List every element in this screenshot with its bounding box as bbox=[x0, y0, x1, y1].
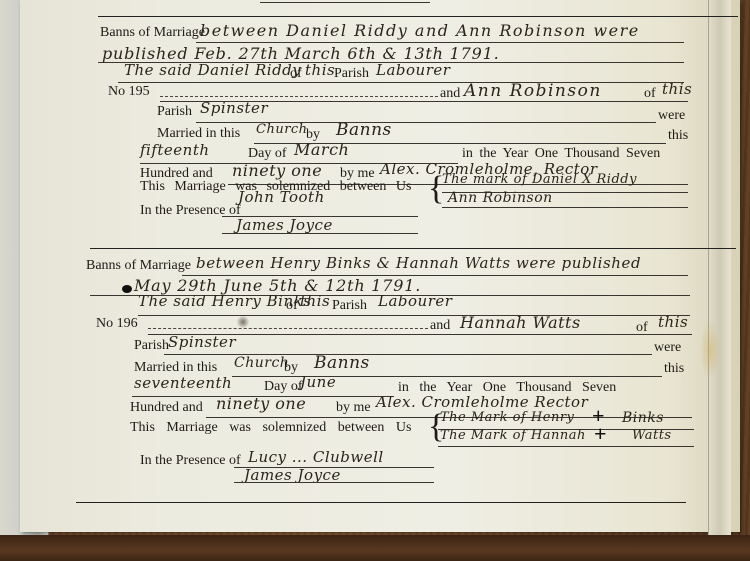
by-label: by bbox=[284, 360, 298, 376]
banns-text-line1: between Daniel Riddy and Ann Robinson we… bbox=[200, 21, 640, 40]
mark-cross-icon: + bbox=[594, 421, 607, 447]
witness-2-rule bbox=[222, 233, 418, 234]
entry-divider bbox=[90, 248, 736, 249]
groom-of: this bbox=[305, 61, 335, 79]
banns-label: Banns of Marriage bbox=[100, 25, 205, 41]
entry-number: No 195 bbox=[108, 84, 150, 100]
year-suffix: ninety one bbox=[232, 161, 322, 180]
method-rule bbox=[232, 376, 662, 377]
were-label: were bbox=[654, 340, 681, 356]
solemnized-label: This Marriage was solemnized between Us bbox=[130, 420, 411, 436]
table-edge-bottom bbox=[0, 535, 750, 561]
parish-label: Parish bbox=[332, 298, 367, 314]
year-suffix: ninety one bbox=[216, 394, 306, 413]
paper-stain bbox=[700, 320, 720, 380]
entry-dash bbox=[148, 328, 428, 329]
banns-underline bbox=[196, 42, 684, 43]
groom-occupation: Labourer bbox=[376, 61, 450, 79]
parish-label: Parish bbox=[334, 66, 369, 82]
signature-2-surname: Watts bbox=[632, 428, 672, 443]
groom-occupation: Labourer bbox=[378, 292, 452, 310]
entry-dash bbox=[160, 96, 438, 97]
witness-1: John Tooth bbox=[238, 188, 325, 206]
this-label: this bbox=[664, 361, 684, 377]
place: Church bbox=[234, 355, 289, 371]
day: fifteenth bbox=[140, 141, 210, 159]
month: June bbox=[300, 373, 336, 391]
method: Banns bbox=[336, 120, 392, 140]
by-me-label: by me bbox=[336, 400, 371, 416]
this-label: this bbox=[668, 128, 688, 144]
signature-1: The mark of Daniel X Riddy bbox=[442, 172, 637, 187]
presence-label: In the Presence of bbox=[140, 453, 241, 469]
parish-label-2: Parish bbox=[134, 338, 169, 354]
parish-label-2: Parish bbox=[157, 104, 192, 120]
signature-2-rule bbox=[438, 446, 694, 447]
entry-number: No 196 bbox=[96, 316, 138, 332]
were-label: were bbox=[658, 108, 685, 124]
entry-divider-bottom bbox=[76, 502, 686, 503]
and-label: and bbox=[430, 318, 450, 334]
ink-smudge bbox=[236, 316, 250, 328]
bride-occupation: Spinster bbox=[200, 99, 268, 117]
signature-1: The Mark of Henry bbox=[440, 410, 574, 425]
hundred-label: Hundred and bbox=[130, 400, 203, 416]
bride-of: this bbox=[662, 80, 692, 98]
day-of-label: Day of bbox=[264, 379, 303, 395]
signature-2: The Mark of Hannah bbox=[440, 428, 586, 443]
day-of-label: Day of bbox=[248, 146, 287, 162]
day: seventeenth bbox=[134, 374, 232, 392]
entry-divider bbox=[98, 16, 738, 17]
groom-rule bbox=[138, 315, 690, 316]
method: Banns bbox=[314, 353, 370, 373]
ink-blot bbox=[122, 285, 132, 293]
bride-name: Hannah Watts bbox=[460, 313, 581, 332]
officiant: Alex. Cromleholme Rector bbox=[376, 393, 588, 411]
married-in-label: Married in this bbox=[157, 126, 240, 142]
witness-2: James Joyce bbox=[236, 216, 333, 234]
signature-2: Ann Robinson bbox=[448, 190, 553, 206]
witness-1: Lucy ... Clubwell bbox=[248, 448, 384, 466]
groom-name: The said Daniel Riddy bbox=[124, 61, 301, 79]
signature-1-surname: Binks bbox=[622, 410, 664, 426]
of-label: of bbox=[290, 66, 302, 82]
groom-of: this bbox=[300, 292, 330, 310]
of-label: of bbox=[286, 298, 298, 314]
banns-text-line1: between Henry Binks & Hannah Watts were … bbox=[196, 254, 641, 272]
bride-name: Ann Robinson bbox=[464, 81, 602, 101]
of-label-2: of bbox=[644, 86, 656, 102]
month: March bbox=[294, 140, 349, 159]
and-label: and bbox=[440, 86, 460, 102]
signature-2-rule bbox=[442, 207, 688, 208]
previous-entry-line bbox=[260, 2, 430, 3]
witness-2-rule bbox=[234, 482, 434, 483]
banns-label: Banns of Marriage bbox=[86, 258, 191, 274]
bride-occupation: Spinster bbox=[168, 333, 236, 351]
page-fold-right bbox=[708, 0, 731, 535]
place: Church bbox=[256, 122, 308, 137]
bride-of: this bbox=[658, 313, 688, 331]
